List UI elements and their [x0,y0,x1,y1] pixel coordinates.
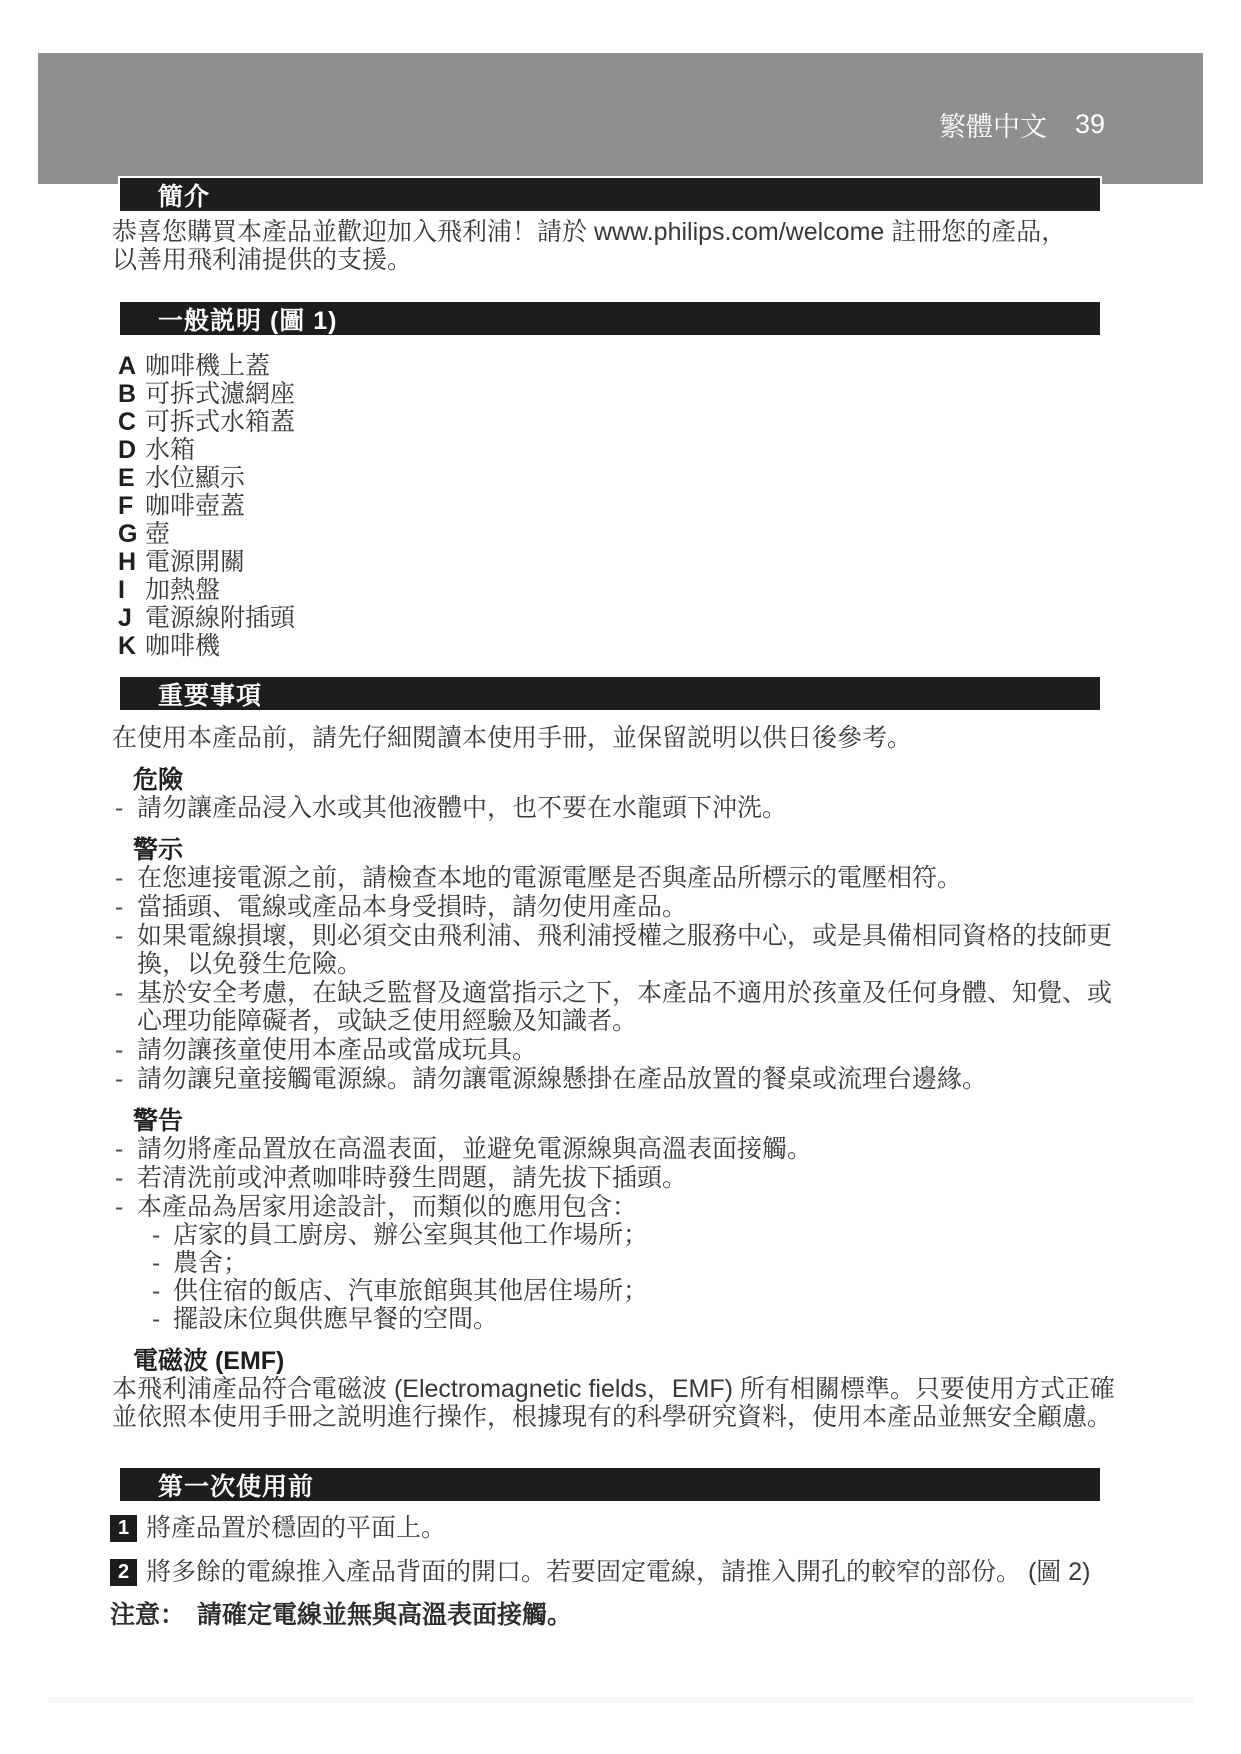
section-bar-intro: 簡介 [118,176,1102,213]
language-label: 繁體中文 [939,105,1047,144]
intro-paragraph-line-1: 恭喜您購買本產品並歡迎加入飛利浦！請於 www.philips.com/welc… [112,218,1142,246]
bullet-dash: - [115,922,137,978]
intro-paragraph: 恭喜您購買本產品並歡迎加入飛利浦！請於 www.philips.com/welc… [112,218,1142,274]
sub-bullet-item: - 擺設床位與供應早餐的空間。 [149,1306,1127,1333]
bullet-item: - 如果電線損壞，則必須交由飛利浦、飛利浦授權之服務中心，或是具備相同資格的技師… [112,922,1127,978]
bullet-dash: - [152,1250,173,1277]
bottom-page-strip [48,1697,1193,1703]
part-label: 電源開關 [145,548,245,576]
bullet-item: - 基於安全考慮，在缺乏監督及適當指示之下，本產品不適用於孩童及任何身體、知覺、… [112,979,1127,1035]
part-letter: D [112,436,145,464]
part-label: 加熱盤 [145,576,220,604]
bullet-item: - 若清洗前或沖煮咖啡時發生問題，請先拔下插頭。 [112,1164,1127,1192]
note-label: 注意： [110,1601,185,1629]
part-label: 咖啡機 [145,632,220,660]
part-label: 電源線附插頭 [145,604,295,632]
sub-bullet-text: 店家的員工廚房、辦公室與其他工作場所； [173,1222,1127,1249]
bullet-dash: - [115,1036,137,1064]
part-row: E 水位顯示 [112,464,1012,492]
part-letter: F [112,492,145,520]
bullet-dash: - [115,1193,137,1221]
part-row: K 咖啡機 [112,632,1012,660]
bullet-text: 如果電線損壞，則必須交由飛利浦、飛利浦授權之服務中心，或是具備相同資格的技師更換… [137,922,1127,978]
sub-bullet-text: 供住宿的飯店、汽車旅館與其他居住場所； [173,1278,1127,1305]
sub-bullet-item: - 供住宿的飯店、汽車旅館與其他居住場所； [149,1278,1127,1305]
section-title-first-use: 第一次使用前 [158,1467,314,1503]
part-letter: H [112,548,145,576]
bullet-text: 基於安全考慮，在缺乏監督及適當指示之下，本產品不適用於孩童及任何身體、知覺、或心… [137,979,1127,1035]
part-row: J 電源線附插頭 [112,604,1012,632]
important-section-body: 在使用本產品前，請先仔細閱讀本使用手冊，並保留説明以供日後參考。 危險 - 請勿… [112,724,1127,1431]
bullet-text: 請勿讓兒童接觸電源線。請勿讓電源線懸掛在產品放置的餐桌或流理台邊緣。 [137,1065,1127,1093]
part-letter: G [112,520,145,548]
bullet-text: 若清洗前或沖煮咖啡時發生問題，請先拔下插頭。 [137,1164,1127,1192]
section-bar-important: 重要事項 [118,675,1102,712]
part-row: G 壺 [112,520,1012,548]
emf-paragraph: 本飛利浦產品符合電磁波 (Electromagnetic fields，EMF)… [112,1375,1127,1431]
part-label: 咖啡機上蓋 [145,352,270,380]
note-text: 請確定電線並無與高溫表面接觸。 [197,1601,572,1629]
part-label: 咖啡壺蓋 [145,492,245,520]
sub-bullet-text: 農舍； [173,1250,1127,1277]
bullet-text: 請勿將產品置放在高溫表面，並避免電源線與高溫表面接觸。 [137,1135,1127,1163]
part-letter: J [112,604,145,632]
sub-bullet-text: 擺設床位與供應早餐的空間。 [173,1306,1127,1333]
part-label: 水箱 [145,436,195,464]
bullet-item: - 在您連接電源之前，請檢查本地的電源電壓是否與產品所標示的電壓相符。 [112,864,1127,892]
note-line: 注意：請確定電線並無與高溫表面接觸。 [110,1601,1145,1629]
subsection-heading-warning: 警示 [133,836,1127,864]
bullet-text: 在您連接電源之前，請檢查本地的電源電壓是否與產品所標示的電壓相符。 [137,864,1127,892]
part-label: 壺 [145,520,170,548]
bullet-item: - 本產品為居家用途設計，而類似的應用包含： [112,1193,1127,1221]
bullet-dash: - [115,979,137,1035]
important-intro: 在使用本產品前，請先仔細閱讀本使用手冊，並保留説明以供日後參考。 [112,724,1127,752]
part-letter: I [112,576,145,604]
page-number: 39 [1075,109,1105,140]
bullet-item: - 請勿讓孩童使用本產品或當成玩具。 [112,1036,1127,1064]
bullet-text: 當插頭、電線或產品本身受損時，請勿使用產品。 [137,893,1127,921]
step-text: 將多餘的電線推入產品背面的開口。若要固定電線，請推入開孔的較窄的部份。 (圖 2… [146,1557,1090,1587]
step-row: 2 將多餘的電線推入產品背面的開口。若要固定電線，請推入開孔的較窄的部份。 (圖… [110,1557,1145,1587]
page-header-band: 繁體中文 39 [38,53,1203,184]
part-row: F 咖啡壺蓋 [112,492,1012,520]
subsection-heading-danger: 危險 [133,766,1127,794]
part-letter: E [112,464,145,492]
part-row: H 電源開關 [112,548,1012,576]
bullet-text: 請勿讓孩童使用本產品或當成玩具。 [137,1036,1127,1064]
section-bar-first-use: 第一次使用前 [118,1466,1102,1503]
part-label: 水位顯示 [145,464,245,492]
sub-bullet-item: - 農舍； [149,1250,1127,1277]
bullet-dash: - [115,864,137,892]
part-letter: A [112,352,145,380]
subsection-heading-caution: 警告 [133,1107,1127,1135]
bullet-dash: - [115,1164,137,1192]
subsection-heading-emf: 電磁波 (EMF) [133,1347,1127,1375]
intro-paragraph-line-2: 以善用飛利浦提供的支援。 [112,246,1142,274]
bullet-item: - 請勿讓兒童接觸電源線。請勿讓電源線懸掛在產品放置的餐桌或流理台邊緣。 [112,1065,1127,1093]
part-row: C 可拆式水箱蓋 [112,408,1012,436]
section-bar-general: 一般説明 (圖 1) [118,300,1102,337]
bullet-dash: - [152,1222,173,1249]
bullet-dash: - [115,794,137,822]
bullet-dash: - [115,1065,137,1093]
part-row: I 加熱盤 [112,576,1012,604]
step-number-badge: 2 [110,1559,137,1586]
section-title-important: 重要事項 [158,676,262,712]
step-row: 1 將產品置於穩固的平面上。 [110,1513,1145,1543]
bullet-text: 本產品為居家用途設計，而類似的應用包含： [137,1193,1127,1221]
step-number-badge: 1 [110,1515,137,1542]
bullet-dash: - [152,1278,173,1305]
part-letter: K [112,632,145,660]
parts-list: A 咖啡機上蓋 B 可拆式濾網座 C 可拆式水箱蓋 D 水箱 E 水位顯示 F … [112,352,1012,660]
part-label: 可拆式水箱蓋 [145,408,295,436]
bullet-item: - 請勿將產品置放在高溫表面，並避免電源線與高溫表面接觸。 [112,1135,1127,1163]
part-row: B 可拆式濾網座 [112,380,1012,408]
bullet-item: - 當插頭、電線或產品本身受損時，請勿使用產品。 [112,893,1127,921]
bullet-dash: - [115,893,137,921]
part-row: D 水箱 [112,436,1012,464]
section-title-general: 一般説明 (圖 1) [158,301,337,337]
sub-bullet-item: - 店家的員工廚房、辦公室與其他工作場所； [149,1222,1127,1249]
part-label: 可拆式濾網座 [145,380,295,408]
step-text: 將產品置於穩固的平面上。 [146,1513,446,1543]
bullet-dash: - [115,1135,137,1163]
section-title-intro: 簡介 [158,177,210,213]
part-letter: C [112,408,145,436]
bullet-dash: - [152,1306,173,1333]
part-letter: B [112,380,145,408]
part-row: A 咖啡機上蓋 [112,352,1012,380]
bullet-item: - 請勿讓產品浸入水或其他液體中，也不要在水龍頭下沖洗。 [112,794,1127,822]
first-use-section-body: 1 將產品置於穩固的平面上。 2 將多餘的電線推入產品背面的開口。若要固定電線，… [110,1513,1145,1629]
bullet-text: 請勿讓產品浸入水或其他液體中，也不要在水龍頭下沖洗。 [137,794,1127,822]
